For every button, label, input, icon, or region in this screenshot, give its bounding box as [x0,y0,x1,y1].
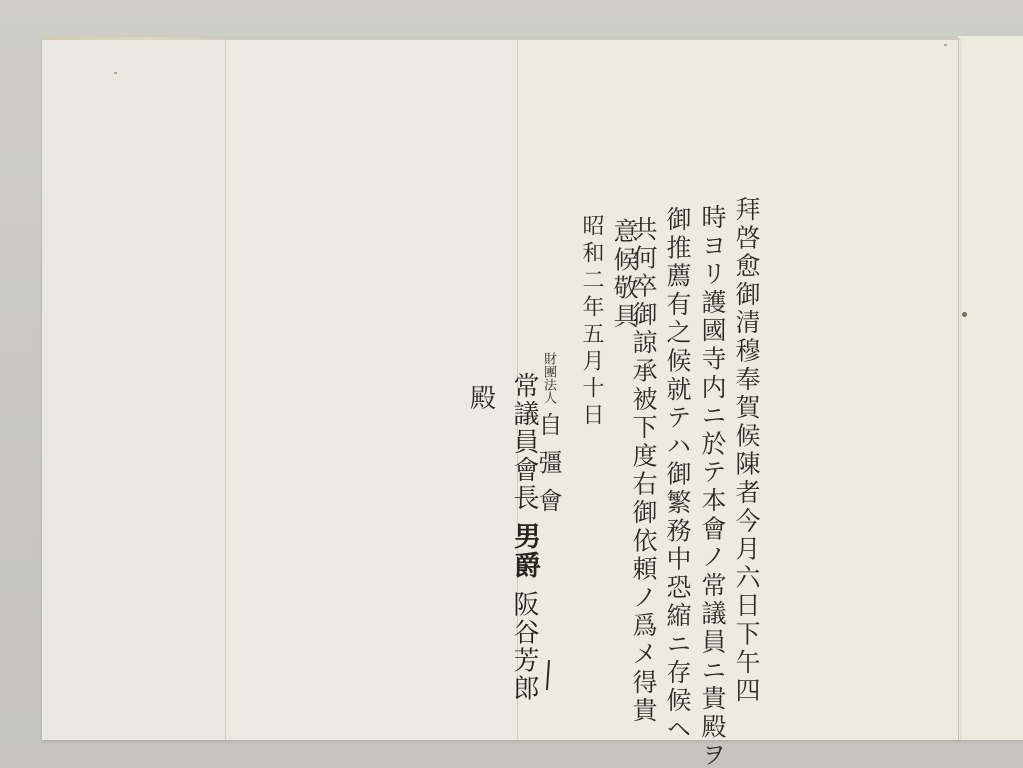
sheet-panel-left [42,40,225,740]
paper-speck [114,72,117,74]
sender-title: 常議員會長 [509,372,539,512]
letter-body-line-1: 拜啓愈御清穆奉賀候陳者今月六日下午四 [734,196,759,705]
sheet-edge-line [958,40,959,740]
letter-body-line-2: 時ヨリ護國寺内ニ於テ本會ノ常議員ニ貴殿ヲ [700,204,725,768]
letter-date: 昭和二年五月十日 [580,214,602,430]
letter-body-line-3: 御推薦有之候就テハ御繁務中恐縮ニ存候ヘ [665,206,690,744]
second-sheet-edge [958,36,1023,740]
sender-name: 阪谷芳郎 [509,591,539,703]
paper-stain [962,312,967,317]
sender-organization-prefix: 財團法人 [541,352,555,404]
sender-rank: 男爵 [509,522,540,580]
paper-speck [944,44,947,46]
addressee-honorific: 殿 [470,378,496,415]
sender-signature: 常議員會長 男爵 阪谷芳郎 [511,372,538,703]
letter-sheet [42,38,960,740]
fold-line [225,40,226,740]
sender-organization: 財團法人 自彊會 [536,352,560,526]
letter-closing: 意候敬具 [612,218,637,331]
